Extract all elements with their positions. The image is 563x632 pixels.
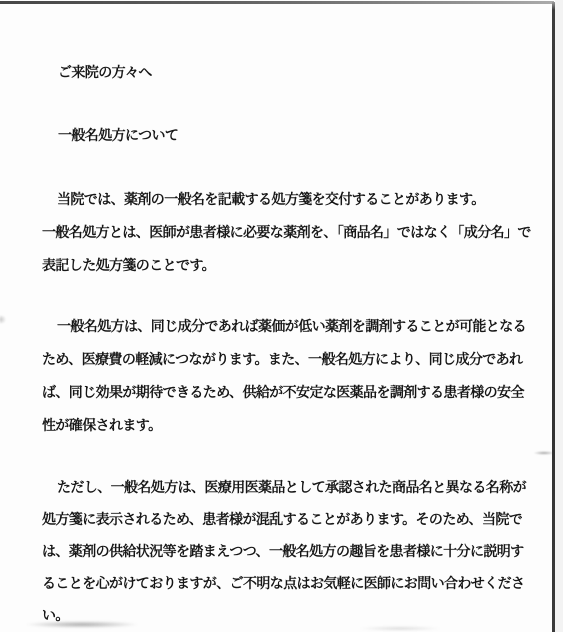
- document-title: 一般名処方について: [58, 127, 178, 143]
- scan-background-gutter: [555, 0, 563, 632]
- paragraph-definition: 当院では、薬剤の一般名を記載する処方箋を交付することがあります。一般名処方とは、…: [42, 183, 554, 282]
- paragraph-caution: ただし、一般名処方は、医療用医薬品として承認された商品名と異なる名称が処方箋に表…: [42, 471, 554, 631]
- paragraph-benefits: 一般名処方は、同じ成分であれば薬価が低い薬剤を調剤することが可能となるため、医療…: [42, 310, 554, 442]
- scanned-notice-page: ご来院の方々へ 一般名処方について 当院では、薬剤の一般名を記載する処方箋を交付…: [0, 0, 563, 632]
- page-top-edge: [0, 1, 554, 4]
- greeting-line: ご来院の方々へ: [58, 64, 152, 80]
- scan-smudge: [534, 451, 554, 455]
- scan-smudge: [0, 315, 6, 324]
